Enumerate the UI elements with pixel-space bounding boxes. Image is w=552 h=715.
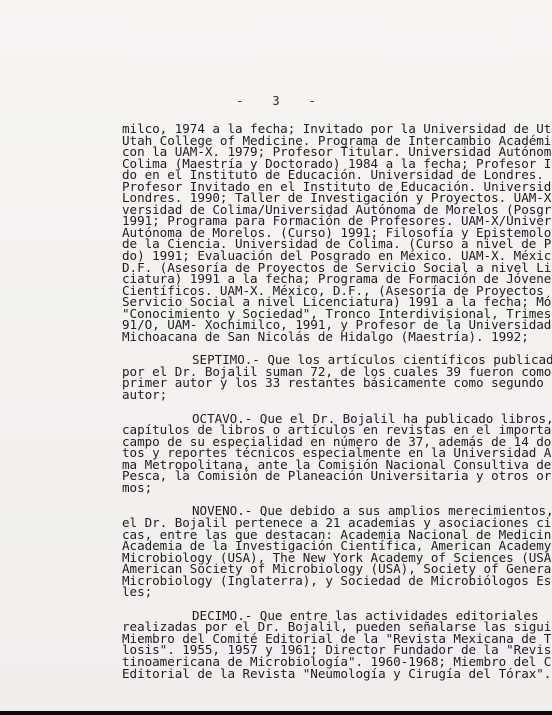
- document-page: - 3 - milco, 1974 a la fecha; Invitado p…: [0, 0, 552, 711]
- text-line: Microbiology (Inglaterra), y Sociedad de…: [122, 575, 506, 587]
- text-line: Pesca, la Comisión de Planeación Univers…: [122, 470, 506, 482]
- text-line: les;: [122, 586, 506, 598]
- paragraph-septimo: SEPTIMO.- Que los artículos científicos …: [122, 354, 506, 400]
- paragraph-octavo: OCTAVO.- Que el Dr. Bojalil ha publicado…: [122, 413, 506, 494]
- document-body: milco, 1974 a la fecha; Invitado por la …: [122, 123, 506, 679]
- paragraph-continuation: milco, 1974 a la fecha; Invitado por la …: [122, 123, 506, 342]
- scan-bottom-edge: [0, 711, 552, 715]
- paragraph-noveno: NOVENO.- Que debido a sus amplios mereci…: [122, 505, 506, 597]
- text-line: primer autor y los 33 restantes básicame…: [122, 377, 506, 389]
- paragraph-decimo: DECIMO.- Que entre las actividades edito…: [122, 610, 506, 679]
- page-number: - 3 -: [0, 94, 552, 108]
- text-line: Michoacana de San Nicolás de Hidalgo (Ma…: [122, 331, 506, 343]
- text-line: mos;: [122, 482, 506, 494]
- text-line: autor;: [122, 389, 506, 401]
- text-line: Editorial de la Revista "Neumología y Ci…: [122, 668, 506, 680]
